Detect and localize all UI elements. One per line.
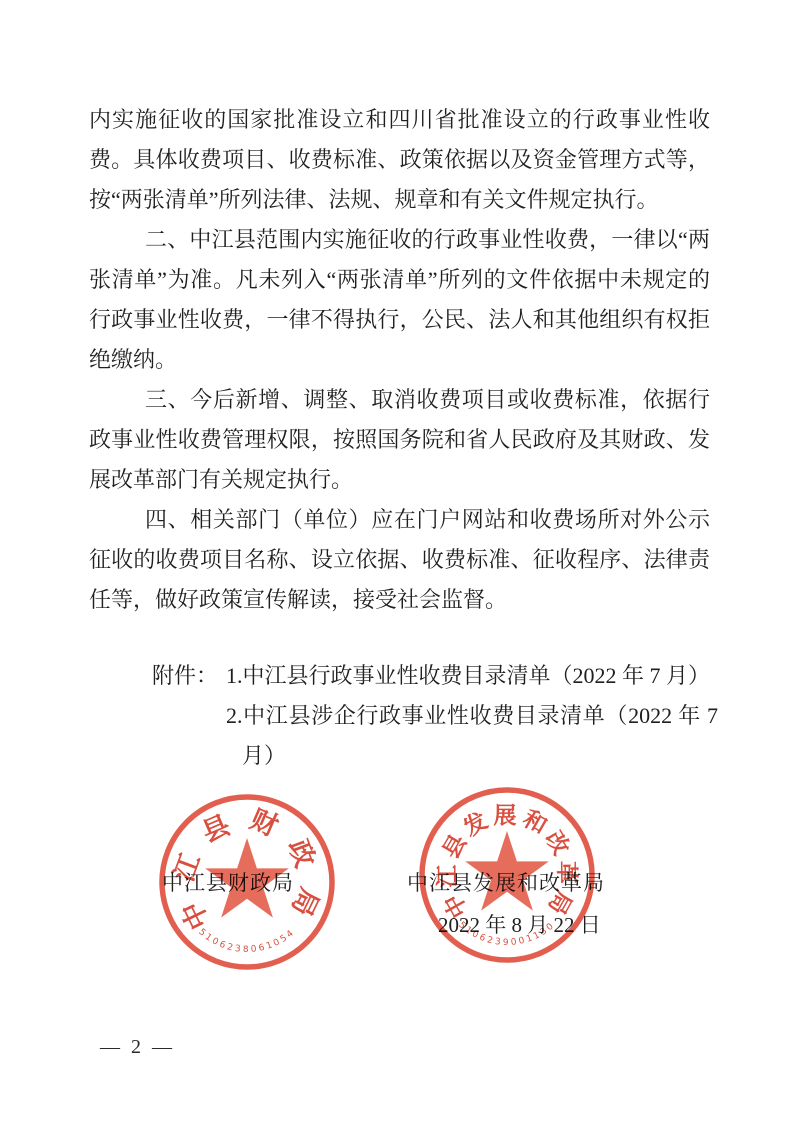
paragraph: 四、相关部门（单位）应在门户网站和收费场所对外公示征收的收费项目名称、设立依据、… [89, 500, 710, 620]
official-seal-finance: 中江县财政局 5106238061054 [157, 792, 337, 972]
official-seal-development: 中江县发展和改革局 5106239001130 [417, 785, 597, 965]
attachments-block: 附件： 1.中江县行政事业性收费目录清单（2022 年 7 月） 2.中江县涉企… [152, 656, 718, 776]
seal-code-text: 5106238061054 [196, 927, 297, 955]
document-page: 内实施征收的国家批准设立和四川省批准设立的行政事业性收费。具体收费项目、收费标准… [0, 0, 793, 1122]
attachment-item: 2.中江县涉企行政事业性收费目录清单（2022 年 7 月） [226, 696, 718, 776]
seal-code-text: 5106239001130 [456, 920, 557, 948]
paragraph: 三、今后新增、调整、取消收费项目或收费标准，依据行政事业性收费管理权限，按照国务… [89, 380, 710, 500]
paragraph: 二、中江县范围内实施征收的行政事业性收费，一律以“两张清单”为准。凡未列入“两张… [89, 220, 710, 380]
document-body: 内实施征收的国家批准设立和四川省批准设立的行政事业性收费。具体收费项目、收费标准… [89, 100, 710, 620]
attachments-list: 1.中江县行政事业性收费目录清单（2022 年 7 月） 2.中江县涉企行政事业… [226, 656, 718, 776]
star-icon [205, 838, 289, 918]
page-number: — 2 — [100, 1036, 175, 1059]
attachment-item: 1.中江县行政事业性收费目录清单（2022 年 7 月） [226, 656, 718, 696]
paragraph: 内实施征收的国家批准设立和四川省批准设立的行政事业性收费。具体收费项目、收费标准… [89, 100, 710, 220]
attachments-label: 附件： [152, 656, 218, 696]
signature-block: 中江县财政局 中江县发展和改革局 2022 年 8 月 22 日 中江县财政局 … [0, 785, 793, 1005]
star-icon [465, 831, 549, 911]
